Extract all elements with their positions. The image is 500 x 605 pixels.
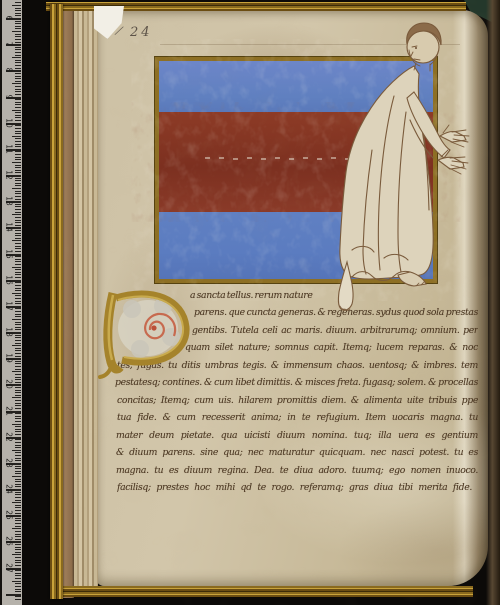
ruler-tick — [15, 429, 21, 430]
ruler-tick — [15, 233, 21, 234]
ruler-tick — [15, 486, 21, 487]
ruler-tick — [15, 591, 21, 592]
photograph-of-manuscript: ⁄ 24 a sancta tel — [0, 0, 500, 605]
ruler-tick — [15, 125, 21, 126]
ruler-tick — [12, 476, 21, 477]
ruler-number: 15 — [3, 247, 15, 260]
ruler-number: 6 — [3, 12, 15, 25]
ruler-tick — [15, 78, 21, 79]
ruler-tick — [15, 180, 21, 181]
ruler-tick — [15, 575, 21, 576]
text-line: facilisq; prestes hoc mihi qd te rogo. r… — [117, 482, 472, 495]
text-line: gentibs. Tutela celi ac maris. diuum. ar… — [192, 325, 478, 338]
ruler-tick — [15, 128, 21, 129]
ruler-tick — [15, 151, 21, 152]
ruler-tick — [15, 154, 21, 155]
ruler-tick — [12, 293, 21, 294]
ruler-tick — [12, 502, 21, 503]
ruler-tick — [15, 274, 21, 275]
ruler-tick — [15, 374, 21, 375]
ruler-tick — [15, 562, 21, 563]
ruler-tick — [12, 345, 21, 346]
ruler-tick — [15, 222, 21, 223]
ruler-tick — [15, 578, 21, 579]
ruler-tick — [15, 387, 21, 388]
ruler-tick — [15, 73, 21, 74]
ruler-tick — [15, 534, 21, 535]
ruler-tick — [15, 324, 21, 325]
ruler-tick — [15, 120, 21, 121]
ruler-tick — [15, 288, 21, 289]
ruler-tick — [15, 235, 21, 236]
ruler-tick — [15, 144, 21, 145]
ruler-tick — [12, 450, 21, 451]
gutter-shadow — [486, 0, 500, 605]
ruler-tick — [15, 500, 21, 501]
ruler-tick — [15, 431, 21, 432]
ruler-number: 26 — [3, 535, 15, 548]
ruler-tick — [15, 196, 21, 197]
ruler-tick — [15, 353, 21, 354]
ruler-tick — [12, 267, 21, 268]
ruler-tick — [15, 520, 21, 521]
ruler-tick — [15, 157, 21, 158]
ruler-tick — [15, 86, 21, 87]
folio-number: 24 — [130, 25, 153, 40]
ruler-tick — [12, 31, 21, 32]
ruler-tick — [12, 110, 21, 111]
ruler-tick — [12, 581, 21, 582]
ruler-tick — [15, 573, 21, 574]
ruler-tick — [15, 272, 21, 273]
ruler-tick — [15, 102, 21, 103]
ruler-tick — [15, 377, 21, 378]
ruler-tick — [15, 471, 21, 472]
ruler-tick — [15, 531, 21, 532]
ruler-tick — [15, 413, 21, 414]
ruler-tick — [15, 539, 21, 540]
ruler-tick — [15, 392, 21, 393]
ruler-tick — [15, 49, 21, 50]
ruler-tick — [15, 209, 21, 210]
ruler-tick — [15, 390, 21, 391]
band-blue-bottom — [159, 212, 433, 279]
ruler-tick — [15, 251, 21, 252]
ruler-tick — [15, 185, 21, 186]
ruler-tick — [15, 452, 21, 453]
ruler-tick — [15, 94, 21, 95]
ruler-tick — [12, 424, 21, 425]
ruler-tick — [15, 117, 21, 118]
ruler-tick — [15, 416, 21, 417]
ruler-tick — [15, 405, 21, 406]
ruler-tick — [15, 298, 21, 299]
ruler-tick — [15, 403, 21, 404]
ruler-number: 21 — [3, 404, 15, 417]
ruler-tick — [15, 133, 21, 134]
ruler-tick — [15, 518, 21, 519]
text-line: tes; fugas. tu ditis umbras tegis. & imm… — [117, 360, 478, 373]
ruler-tick — [15, 366, 21, 367]
ruler-tick — [15, 337, 21, 338]
ruler-tick — [15, 295, 21, 296]
ruler-tick — [15, 507, 21, 508]
ruler-tick — [15, 261, 21, 262]
ruler-tick — [15, 26, 21, 27]
ruler-tick — [15, 426, 21, 427]
ruler-number: 16 — [3, 273, 15, 286]
text-line: parens. que cuncta generas. & regeneras.… — [194, 307, 478, 320]
ruler-tick — [15, 282, 21, 283]
ruler-tick — [15, 439, 21, 440]
ruler-tick — [15, 10, 21, 11]
ruler-tick — [15, 369, 21, 370]
ruler-number: 14 — [3, 221, 15, 234]
ruler-tick — [15, 458, 21, 459]
ruler-tick — [15, 327, 21, 328]
ruler-tick — [15, 544, 21, 545]
ruler-tick — [15, 552, 21, 553]
ruler-tick — [15, 112, 21, 113]
ruler-tick — [15, 99, 21, 100]
ruler-tick — [15, 165, 21, 166]
ruler-tick — [15, 21, 21, 22]
text-line: & diuum parens. sine qua; nec maturatur … — [116, 447, 478, 460]
ruler-tick — [15, 220, 21, 221]
ruler-tick — [15, 492, 21, 493]
ruler-tick — [15, 146, 21, 147]
ruler-tick — [15, 484, 21, 485]
ruler-tick — [15, 36, 21, 37]
text-line: mater deum pietate. qua uicisti diuum no… — [116, 430, 478, 443]
metric-ruler: 6789101112131415161718192021222324252627 — [0, 0, 22, 605]
ruler-tick — [15, 23, 21, 24]
ruler-tick — [15, 400, 21, 401]
ruler-tick — [12, 371, 21, 372]
ruler-tick — [15, 178, 21, 179]
ruler-tick — [15, 447, 21, 448]
ruler-tick — [15, 311, 21, 312]
ruler-tick — [12, 162, 21, 163]
ruler-tick — [15, 329, 21, 330]
ruler-tick — [15, 356, 21, 357]
ruler-tick — [12, 5, 21, 6]
ruler-number: 7 — [3, 38, 15, 51]
ruler-tick — [15, 322, 21, 323]
ruler-tick — [15, 91, 21, 92]
ruler-tick — [15, 76, 21, 77]
ruler-tick — [15, 421, 21, 422]
ruler-tick — [15, 2, 21, 3]
ruler-tick — [15, 301, 21, 302]
ruler-tick — [15, 557, 21, 558]
ruler-tick — [15, 308, 21, 309]
ruler-tick — [15, 170, 21, 171]
text-line: tua fide. & cum recesserit anima; in te … — [117, 412, 478, 425]
ruler-number: 17 — [3, 299, 15, 312]
ruler-tick — [15, 570, 21, 571]
ruler-number: 8 — [3, 64, 15, 77]
ruler-tick — [12, 528, 21, 529]
page-stack-edge — [74, 8, 98, 596]
ruler-tick — [15, 505, 21, 506]
ruler-tick — [12, 240, 21, 241]
ruler-tick — [15, 497, 21, 498]
ruler-tick — [15, 565, 21, 566]
ruling-score-line — [160, 44, 460, 45]
ruler-tick — [15, 510, 21, 511]
ruler-tick — [15, 473, 21, 474]
ruler-tick — [15, 513, 21, 514]
ruler-tick — [12, 83, 21, 84]
ruler-tick — [15, 455, 21, 456]
ruler-tick — [15, 193, 21, 194]
ruler-number: 9 — [3, 90, 15, 103]
ruler-tick — [15, 442, 21, 443]
ruler-tick — [15, 248, 21, 249]
ruler-tick — [15, 230, 21, 231]
ruler-tick — [12, 136, 21, 137]
ruler-tick — [15, 256, 21, 257]
ruler-tick — [15, 494, 21, 495]
ruler-number: 18 — [3, 326, 15, 339]
ruler-tick — [15, 599, 21, 600]
ruler-tick — [15, 159, 21, 160]
ruler-number: 27 — [3, 561, 15, 574]
ruler-number: 20 — [3, 378, 15, 391]
ruler-number: 11 — [3, 142, 15, 155]
ruler-tick — [12, 319, 21, 320]
ruler-tick — [15, 107, 21, 108]
book-board-edge — [63, 6, 74, 598]
text-line: quam silet nature; somnus capit. Itemq; … — [185, 342, 478, 355]
ruler-number: 19 — [3, 352, 15, 365]
ruler-tick — [15, 277, 21, 278]
ruler-tick — [15, 52, 21, 53]
ruler-tick — [15, 382, 21, 383]
ruler-tick — [15, 468, 21, 469]
ruler-tick — [15, 183, 21, 184]
ruler-tick — [15, 60, 21, 61]
ruler-tick — [15, 395, 21, 396]
ruler-tick — [15, 479, 21, 480]
ruler-tick — [15, 481, 21, 482]
band-red — [159, 112, 433, 212]
ruler-tick — [15, 212, 21, 213]
ruler-tick — [15, 418, 21, 419]
ruler-tick — [15, 204, 21, 205]
ruler-tick — [15, 547, 21, 548]
ruler-tick — [15, 81, 21, 82]
text-line: concitas; Itemq; cum uis. hilarem promit… — [117, 395, 478, 408]
ruler-number: 22 — [3, 430, 15, 443]
ruler-tick — [15, 379, 21, 380]
ruler-tick — [15, 264, 21, 265]
ruler-tick — [15, 536, 21, 537]
ruler-number: 23 — [3, 456, 15, 469]
ruler-tick — [15, 8, 21, 9]
ruler-tick — [15, 361, 21, 362]
ruler-tick — [15, 243, 21, 244]
ruler-tick — [15, 104, 21, 105]
gilt-fore-edge — [50, 4, 63, 599]
ruler-tick — [15, 13, 21, 14]
ruler-tick — [15, 191, 21, 192]
ruler-tick — [12, 397, 21, 398]
ruler-tick — [15, 363, 21, 364]
ruler-number: 12 — [3, 169, 15, 182]
ruler-tick — [15, 269, 21, 270]
ruler-tick — [15, 343, 21, 344]
ruler-number: 24 — [3, 483, 15, 496]
ruler-tick — [15, 523, 21, 524]
ruler-tick — [15, 596, 21, 597]
ruler-tick — [15, 316, 21, 317]
ruler-tick — [15, 34, 21, 35]
ruler-tick — [12, 188, 21, 189]
ruler-tick — [15, 138, 21, 139]
ruler-tick — [15, 466, 21, 467]
text-line: pestatesq; contines. & cum libet dimitti… — [115, 377, 478, 390]
ruler-tick — [15, 55, 21, 56]
ruler-tick — [15, 285, 21, 286]
ruler-tick — [15, 583, 21, 584]
ruler-tick — [15, 408, 21, 409]
ruler-tick — [15, 225, 21, 226]
ruler-tick — [15, 314, 21, 315]
ruler-tick — [15, 589, 21, 590]
ruler-tick — [15, 65, 21, 66]
ruler-tick — [15, 246, 21, 247]
ruler-tick — [15, 238, 21, 239]
ruler-tick — [15, 141, 21, 142]
ruler-tick — [15, 560, 21, 561]
ruler-number: 13 — [3, 195, 15, 208]
ruler-tick — [15, 89, 21, 90]
ruler-number: 25 — [3, 509, 15, 522]
ruler-tick — [15, 340, 21, 341]
ruler-tick — [12, 554, 21, 555]
ruler-tick — [15, 460, 21, 461]
band-blue-top — [159, 61, 433, 112]
ruler-tick — [15, 526, 21, 527]
ruler-tick — [12, 214, 21, 215]
ruler-tick — [15, 445, 21, 446]
miniature — [155, 57, 437, 283]
ruler-tick — [15, 549, 21, 550]
ruler-tick — [15, 39, 21, 40]
ruler-tick — [15, 303, 21, 304]
ruler-tick — [15, 206, 21, 207]
ruler-tick — [15, 335, 21, 336]
ruler-tick — [15, 348, 21, 349]
ruler-tick — [15, 217, 21, 218]
ruler-tick — [15, 290, 21, 291]
ruler-tick — [12, 57, 21, 58]
ruler-tick — [15, 131, 21, 132]
text-line: a sancta tellus. rerum nature — [190, 290, 313, 303]
ruler-tick — [15, 172, 21, 173]
ruler-tick — [15, 434, 21, 435]
ruler-tick — [15, 42, 21, 43]
ruler-tick — [15, 115, 21, 116]
ruler-tick — [15, 28, 21, 29]
ruler-tick — [15, 259, 21, 260]
text-line: magna. tu es diuum regina. Dea. te diua … — [116, 465, 478, 478]
ruler-tick — [15, 350, 21, 351]
ruler-tick — [15, 47, 21, 48]
ruler-tick — [15, 68, 21, 69]
ruler-tick — [15, 15, 21, 16]
gilt-bottom-edge — [58, 586, 473, 597]
ruler-tick — [15, 167, 21, 168]
ruler-number: 10 — [3, 116, 15, 129]
ruler-tick — [15, 586, 21, 587]
ruler-tick — [15, 199, 21, 200]
ruler-tick — [15, 62, 21, 63]
